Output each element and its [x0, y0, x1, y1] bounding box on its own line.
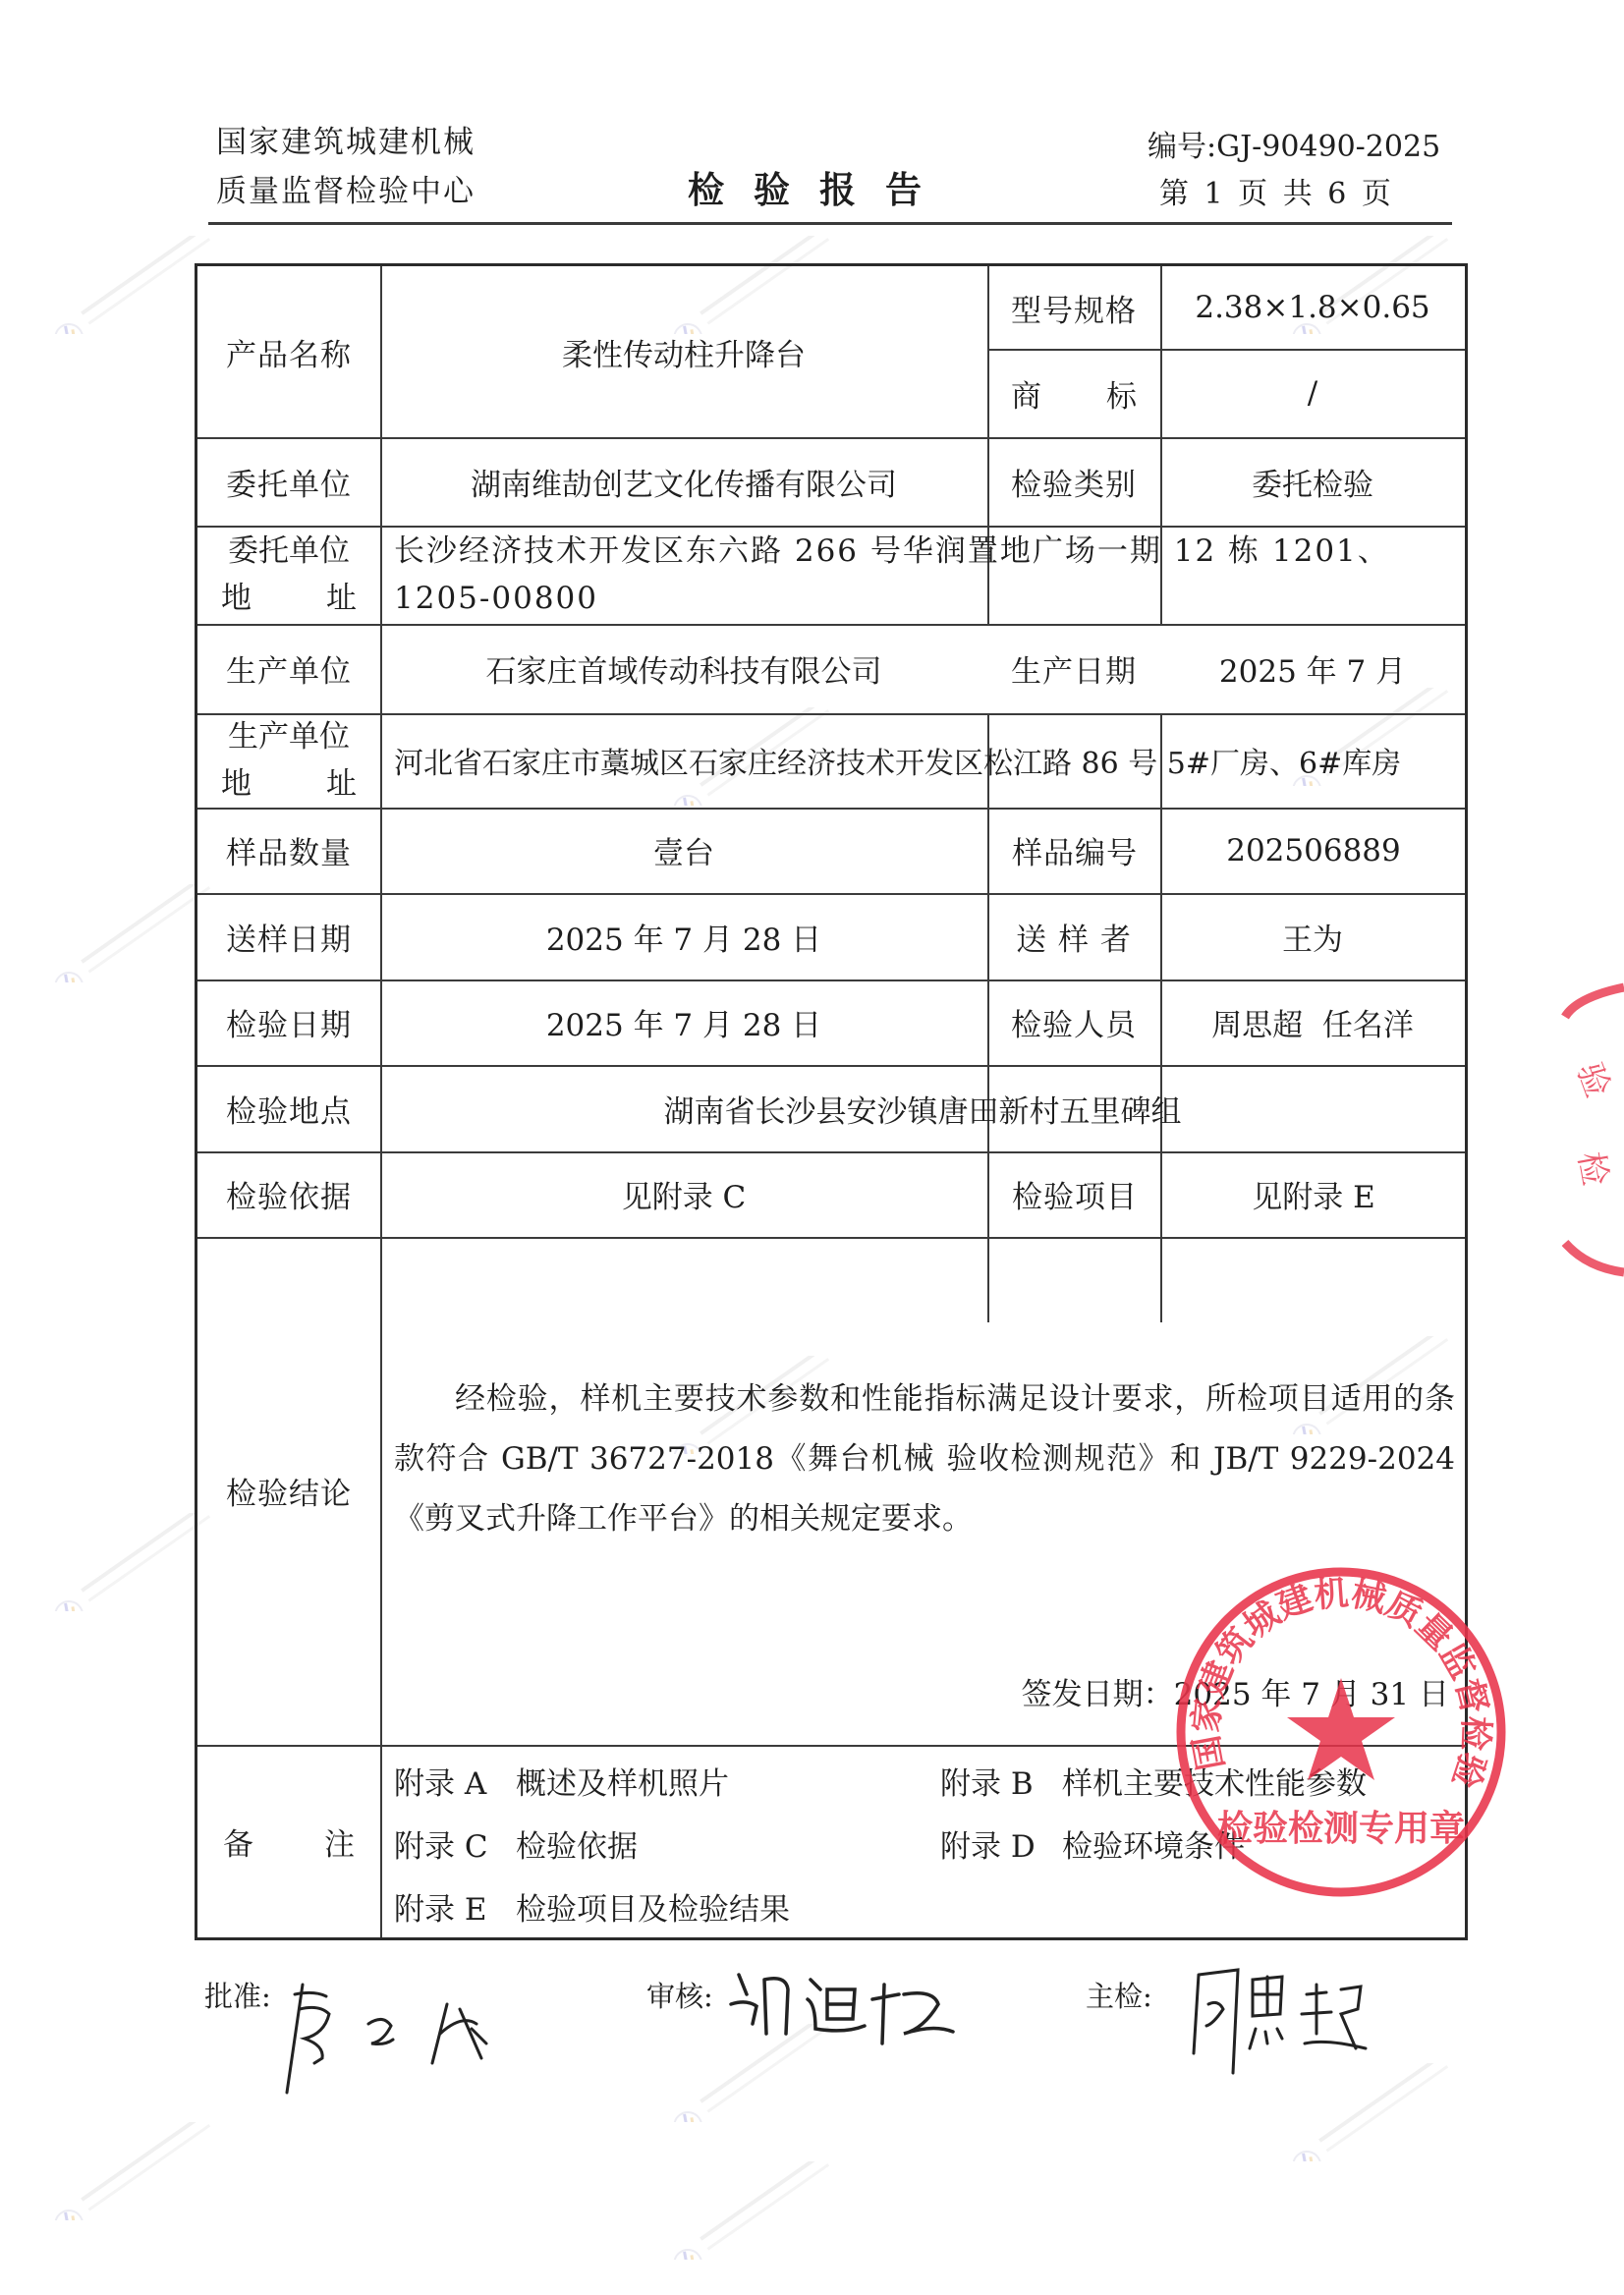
page-indicator: 第 1 页 共 6 页	[1159, 180, 1391, 209]
remarks-label: 备 注	[197, 1745, 380, 1937]
model-label: 型号规格	[987, 266, 1160, 349]
appendix-key: 附录 E	[394, 1884, 516, 1929]
label-char: 地	[221, 760, 252, 808]
manufacturer-address-value: 河北省石家庄市藁城区石家庄经济技术开发区松江路 86 号 5#厂房、6#库房	[380, 713, 1465, 808]
basis-value: 见附录 C	[380, 1151, 987, 1237]
remarks-label-char2: 注	[324, 1819, 355, 1864]
label-char: 址	[326, 575, 357, 622]
approve-label: 批准:	[204, 1975, 271, 2015]
svg-text:验: 验	[1569, 1058, 1617, 1103]
report-number-label: 编号:	[1148, 130, 1216, 164]
client-label: 委托单位	[197, 437, 380, 526]
trademark-label: 商 标	[987, 349, 1160, 437]
delivery-date-label: 送样日期	[197, 893, 380, 980]
basis-label: 检验依据	[197, 1151, 380, 1237]
trademark-label-char2: 标	[1106, 371, 1137, 416]
header-divider	[208, 222, 1452, 225]
reviewer-signature-icon	[717, 1955, 973, 2073]
client-address-value: 长沙经济技术开发区东六路 266 号华润置地广场一期 12 栋 1201、120…	[380, 526, 1465, 624]
label-char: 址	[326, 760, 357, 808]
sample-no-value: 202506889	[1160, 808, 1465, 893]
appendix-item-c: 附录 C检验依据	[394, 1821, 638, 1866]
official-seal-icon: 国家建筑城建机械质量监督检验中心 检验检测专用章	[1169, 1560, 1513, 1904]
client-address-label: 委托单位 地址	[197, 526, 380, 624]
svg-text:检: 检	[1570, 1149, 1614, 1189]
manufacturer-label: 生产单位	[197, 624, 380, 713]
appendix-key: 附录 A	[394, 1759, 516, 1803]
appendix-key: 附录 C	[394, 1821, 516, 1866]
edge-seal-fragment-icon: 验 检	[1557, 978, 1624, 1282]
chief-inspector-signature-icon	[1179, 1955, 1395, 2093]
remarks-label-char1: 备	[223, 1819, 253, 1864]
client-value: 湖南维劼创艺文化传播有限公司	[380, 437, 987, 526]
appendix-title: 检验项目及检验结果	[516, 1892, 790, 1928]
manufacturer-address-label: 生产单位 地址	[197, 713, 380, 808]
appendix-title: 概述及样机照片	[516, 1766, 729, 1802]
product-name-label: 产品名称	[197, 266, 380, 437]
delivery-date-value: 2025 年 7 月 28 日	[380, 893, 987, 980]
inspection-type-label: 检验类别	[987, 437, 1160, 526]
location-value: 湖南省长沙县安沙镇唐田新村五里碑组	[380, 1065, 1465, 1151]
client-address-label-line2: 地址	[219, 575, 359, 622]
review-label: 审核:	[646, 1975, 713, 2015]
model-value: 2.38×1.8×0.65	[1160, 266, 1465, 349]
sample-qty-value: 壹台	[380, 808, 987, 893]
svg-text:检验检测专用章: 检验检测专用章	[1217, 1808, 1465, 1849]
inspectors-value: 周思超 任名洋	[1160, 980, 1465, 1065]
manufacturer-address-label-line2: 地址	[219, 760, 359, 808]
label-char: 地	[221, 575, 252, 622]
appendix-item-a: 附录 A概述及样机照片	[394, 1759, 729, 1803]
location-label: 检验地点	[197, 1065, 380, 1151]
sample-no-label: 样品编号	[987, 808, 1160, 893]
deliverer-value: 王为	[1160, 893, 1465, 980]
inspection-date-label: 检验日期	[197, 980, 380, 1065]
org-name-line1: 国家建筑城建机械	[216, 128, 476, 158]
appendix-key: 附录 B	[940, 1759, 1062, 1803]
watermark-logo-icon	[639, 2161, 855, 2260]
inspection-type-value: 委托检验	[1160, 437, 1465, 526]
org-name-line2: 质量监督检验中心	[216, 177, 476, 207]
inspectors-label: 检验人员	[987, 980, 1160, 1065]
approver-signature-icon	[275, 1955, 550, 2102]
production-date-value: 2025 年 7 月	[1160, 624, 1465, 713]
items-value: 见附录 E	[1160, 1151, 1465, 1237]
manufacturer-value: 石家庄首域传动科技有限公司	[380, 624, 987, 713]
report-number: 编号:GJ-90490-2025	[1148, 133, 1440, 162]
conclusion-text: 经检验，样机主要技术参数和性能指标满足设计要求，所检项目适用的条款符合 GB/T…	[394, 1370, 1455, 1549]
trademark-label-char1: 商	[1011, 371, 1041, 416]
inspection-date-value: 2025 年 7 月 28 日	[380, 980, 987, 1065]
production-date-label: 生产日期	[987, 624, 1160, 713]
sample-qty-label: 样品数量	[197, 808, 380, 893]
appendix-title: 检验依据	[516, 1829, 638, 1865]
watermark-logo-icon	[20, 2122, 236, 2220]
product-name-value: 柔性传动柱升降台	[380, 266, 987, 437]
chief-inspector-label: 主检:	[1086, 1975, 1152, 2015]
appendix-key: 附录 D	[940, 1821, 1062, 1866]
appendix-item-e: 附录 E检验项目及检验结果	[394, 1884, 790, 1929]
deliverer-label: 送 样 者	[987, 893, 1160, 980]
conclusion-label: 检验结论	[197, 1237, 380, 1745]
manufacturer-address-label-line1: 生产单位	[219, 713, 359, 760]
trademark-value: /	[1160, 349, 1465, 437]
items-label: 检验项目	[987, 1151, 1160, 1237]
client-address-label-line1: 委托单位	[219, 528, 359, 575]
report-title: 检验报告	[688, 172, 951, 208]
report-number-value: GJ-90490-2025	[1216, 130, 1440, 164]
